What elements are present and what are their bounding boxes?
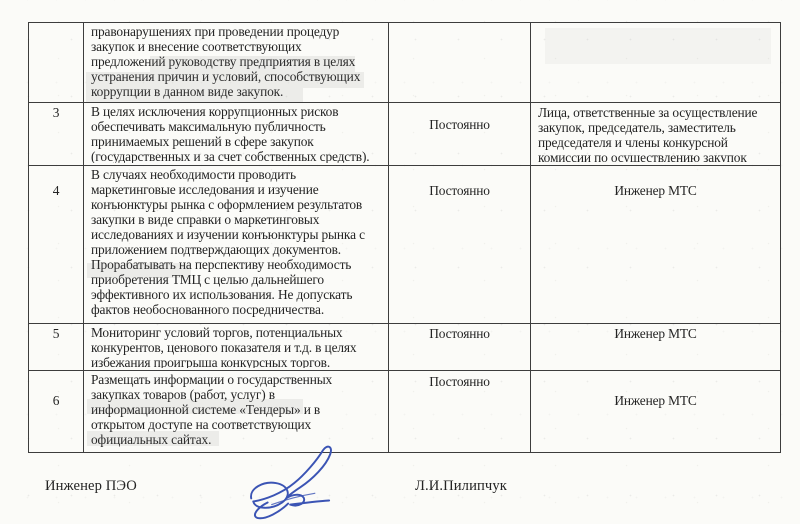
table-row: 6 Размещать информации о государственных… <box>29 371 781 453</box>
responsible-cell <box>531 23 781 103</box>
row-number-cell: 6 <box>29 371 84 453</box>
responsible-text: Инженер МТС <box>538 183 773 319</box>
measures-table: правонарушениях при проведении процедур … <box>28 22 781 453</box>
period-text: Постоянно <box>396 374 523 448</box>
handwritten-signature <box>226 440 340 522</box>
row-number: 4 <box>36 183 76 319</box>
table-row: 4 В случаях необходимости проводить марк… <box>29 166 781 324</box>
period-text: Постоянно <box>396 326 523 367</box>
row-number: 3 <box>36 105 76 161</box>
row-number: 6 <box>36 393 76 447</box>
measure-cell: В целях исключения коррупционных рисков … <box>84 103 389 166</box>
measure-cell: Мониторинг условий торгов, потенциальных… <box>84 324 389 371</box>
measure-cell: В случаях необходимости проводить маркет… <box>84 166 389 324</box>
responsible-cell: Инженер МТС <box>531 324 781 371</box>
measure-text: Мониторинг условий торгов, потенциальных… <box>91 325 381 368</box>
row-number <box>36 24 76 99</box>
table-row: 3 В целях исключения коррупционных риско… <box>29 103 781 166</box>
footer-left-label: Инженер ПЭО <box>45 478 137 495</box>
period-cell: Постоянно <box>389 103 531 166</box>
responsible-text: Инженер МТС <box>538 326 773 367</box>
measure-text: В случаях необходимости проводить маркет… <box>91 167 381 321</box>
period-text: Постоянно <box>396 183 523 321</box>
table-row: 5 Мониторинг условий торгов, потенциальн… <box>29 324 781 371</box>
responsible-cell: Лица, ответственные за осуществление зак… <box>531 103 781 166</box>
row-number-cell: 4 <box>29 166 84 324</box>
responsible-text: Лица, ответственные за осуществление зак… <box>538 105 773 162</box>
period-cell: Постоянно <box>389 324 531 371</box>
row-number-cell: 5 <box>29 324 84 371</box>
row-number-cell: 3 <box>29 103 84 166</box>
measure-text: В целях исключения коррупционных рисков … <box>91 104 381 163</box>
row-number: 5 <box>36 326 76 366</box>
scanned-document-page: правонарушениях при проведении процедур … <box>0 0 800 524</box>
responsible-cell: Инженер МТС <box>531 166 781 324</box>
responsible-text <box>538 24 773 99</box>
period-text: Постоянно <box>396 117 523 161</box>
period-cell <box>389 23 531 103</box>
signer-name: Л.И.Пилипчук <box>415 478 507 495</box>
measure-cell: правонарушениях при проведении процедур … <box>84 23 389 103</box>
period-text <box>396 24 523 99</box>
responsible-text: Инженер МТС <box>538 393 773 448</box>
period-cell: Постоянно <box>389 371 531 453</box>
measure-text: правонарушениях при проведении процедур … <box>91 24 381 100</box>
period-cell: Постоянно <box>389 166 531 324</box>
measure-text: Размещать информации о государственных з… <box>91 372 381 450</box>
row-number-cell <box>29 23 84 103</box>
responsible-cell: Инженер МТС <box>531 371 781 453</box>
table-row: правонарушениях при проведении процедур … <box>29 23 781 103</box>
